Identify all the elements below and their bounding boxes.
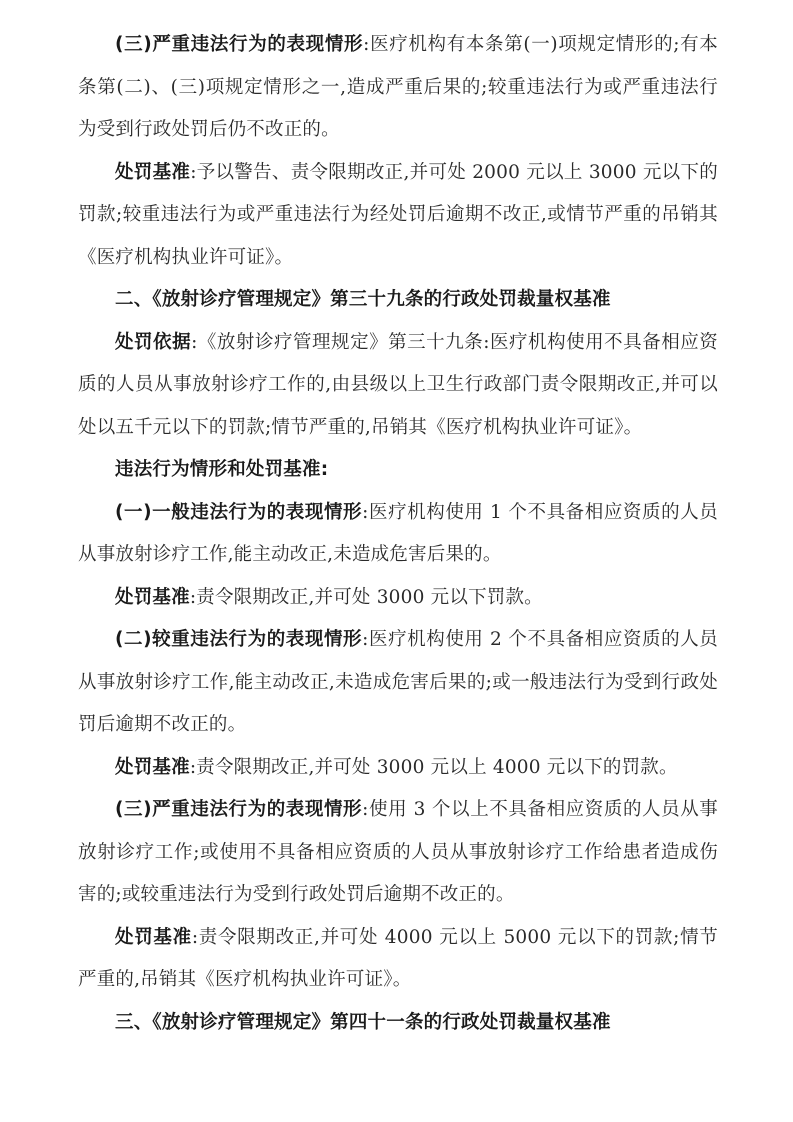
paragraph-serious-violation-clause-38: (三)严重违法行为的表现情形:医疗机构有本条第(一)项规定情形的;有本条第(二)… (78, 24, 718, 152)
paragraph-serious-violation: (三)严重违法行为的表现情形:使用 3 个以上不具备相应资质的人员从事放射诊疗工… (78, 789, 718, 917)
paragraph-label: (二)较重违法行为的表现情形 (115, 629, 362, 650)
heading-text: 违法行为情形和处罚基准: (115, 459, 328, 480)
paragraph-text: :责令限期改正,并可处 3000 元以上 4000 元以下的罚款。 (190, 757, 678, 778)
paragraph-label: (一)一般违法行为的表现情形 (115, 502, 362, 523)
paragraph-penalty-standard-clause-38: 处罚基准:予以警告、责令限期改正,并可处 2000 元以上 3000 元以下的罚… (78, 152, 718, 280)
paragraph-penalty-standard-serious: 处罚基准:责令限期改正,并可处 4000 元以上 5000 元以下的罚款;情节严… (78, 917, 718, 1002)
section-heading-article-39: 二、《放射诊疗管理规定》第三十九条的行政处罚裁量权基准 (78, 279, 718, 322)
paragraph-label: 处罚基准 (115, 757, 190, 778)
paragraph-label: (三)严重违法行为的表现情形 (115, 799, 362, 820)
paragraph-label: 处罚基准 (115, 927, 192, 948)
paragraph-label: 处罚基准 (115, 587, 190, 608)
paragraph-general-violation: (一)一般违法行为的表现情形:医疗机构使用 1 个不具备相应资质的人员从事放射诊… (78, 492, 718, 577)
heading-text: 二、《放射诊疗管理规定》第三十九条的行政处罚裁量权基准 (115, 289, 611, 310)
paragraph-moderate-violation: (二)较重违法行为的表现情形:医疗机构使用 2 个不具备相应资质的人员从事放射诊… (78, 619, 718, 747)
document-page: (三)严重违法行为的表现情形:医疗机构有本条第(一)项规定情形的;有本条第(二)… (78, 24, 718, 1044)
paragraph-label: 处罚依据 (115, 332, 191, 353)
paragraph-text: :责令限期改正,并可处 3000 元以下罚款。 (190, 587, 543, 608)
paragraph-penalty-basis-article-39: 处罚依据:《放射诊疗管理规定》第三十九条:医疗机构使用不具备相应资质的人员从事放… (78, 322, 718, 450)
paragraph-penalty-standard-moderate: 处罚基准:责令限期改正,并可处 3000 元以上 4000 元以下的罚款。 (78, 747, 718, 790)
section-heading-article-41: 三、《放射诊疗管理规定》第四十一条的行政处罚裁量权基准 (78, 1002, 718, 1045)
paragraph-label: 处罚基准 (115, 162, 190, 183)
subheading-violation-and-standards: 违法行为情形和处罚基准: (78, 449, 718, 492)
paragraph-penalty-standard-general: 处罚基准:责令限期改正,并可处 3000 元以下罚款。 (78, 577, 718, 620)
paragraph-label: (三)严重违法行为的表现情形 (115, 34, 363, 55)
heading-text: 三、《放射诊疗管理规定》第四十一条的行政处罚裁量权基准 (115, 1012, 611, 1033)
